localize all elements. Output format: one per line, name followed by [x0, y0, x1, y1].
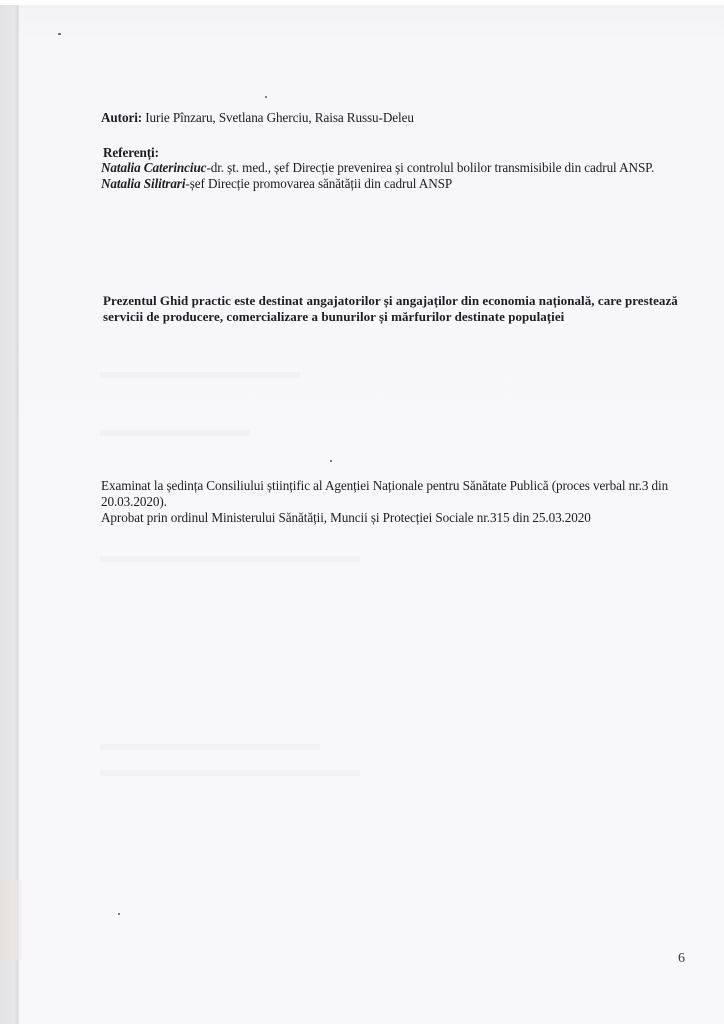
- bleed-through-mark: [100, 744, 320, 750]
- examined-statement-line-1: Examinat la ședința Consiliului științif…: [101, 478, 668, 493]
- authors-label: Autori:: [101, 110, 142, 125]
- bleed-through-mark: [100, 430, 250, 436]
- bleed-through-mark: [100, 770, 360, 776]
- scan-edge-stain: [0, 880, 22, 960]
- referee-description: -dr. șt. med., șef Direcție prevenirea ș…: [206, 160, 654, 175]
- authors-names: Iurie Pînzaru, Svetlana Gherciu, Raisa R…: [142, 110, 414, 125]
- referee-name: Natalia Caterinciuc: [101, 160, 206, 175]
- scan-speck: [330, 460, 332, 462]
- approval-statement: Aprobat prin ordinul Ministerului Sănătă…: [101, 510, 591, 525]
- referee-description: -șef Direcție promovarea sănătății din c…: [185, 176, 452, 191]
- scan-speck: [58, 33, 61, 35]
- referee-name: Natalia Silitrari: [101, 176, 185, 191]
- referee-entry: Natalia Silitrari-șef Direcție promovare…: [101, 176, 452, 191]
- examined-statement-line-2: 20.03.2020).: [101, 494, 167, 509]
- page-number: 6: [678, 951, 685, 967]
- bleed-through-mark: [100, 372, 300, 378]
- scan-top-border: [0, 0, 724, 5]
- authors-line: Autori: Iurie Pînzaru, Svetlana Gherciu,…: [101, 110, 414, 125]
- scan-speck: [265, 96, 267, 98]
- purpose-statement-line-1: Prezentul Ghid practic este destinat ang…: [103, 293, 678, 308]
- bleed-through-mark: [100, 556, 360, 562]
- purpose-statement-line-2: servicii de producere, comercializare a …: [103, 309, 564, 324]
- referee-entry: Natalia Caterinciuc-dr. șt. med., șef Di…: [101, 160, 654, 175]
- scan-left-edge: [0, 5, 19, 1024]
- scanned-page: Autori: Iurie Pînzaru, Svetlana Gherciu,…: [0, 0, 724, 1024]
- scan-speck: [118, 913, 120, 915]
- referees-heading: Referenți:: [103, 145, 159, 160]
